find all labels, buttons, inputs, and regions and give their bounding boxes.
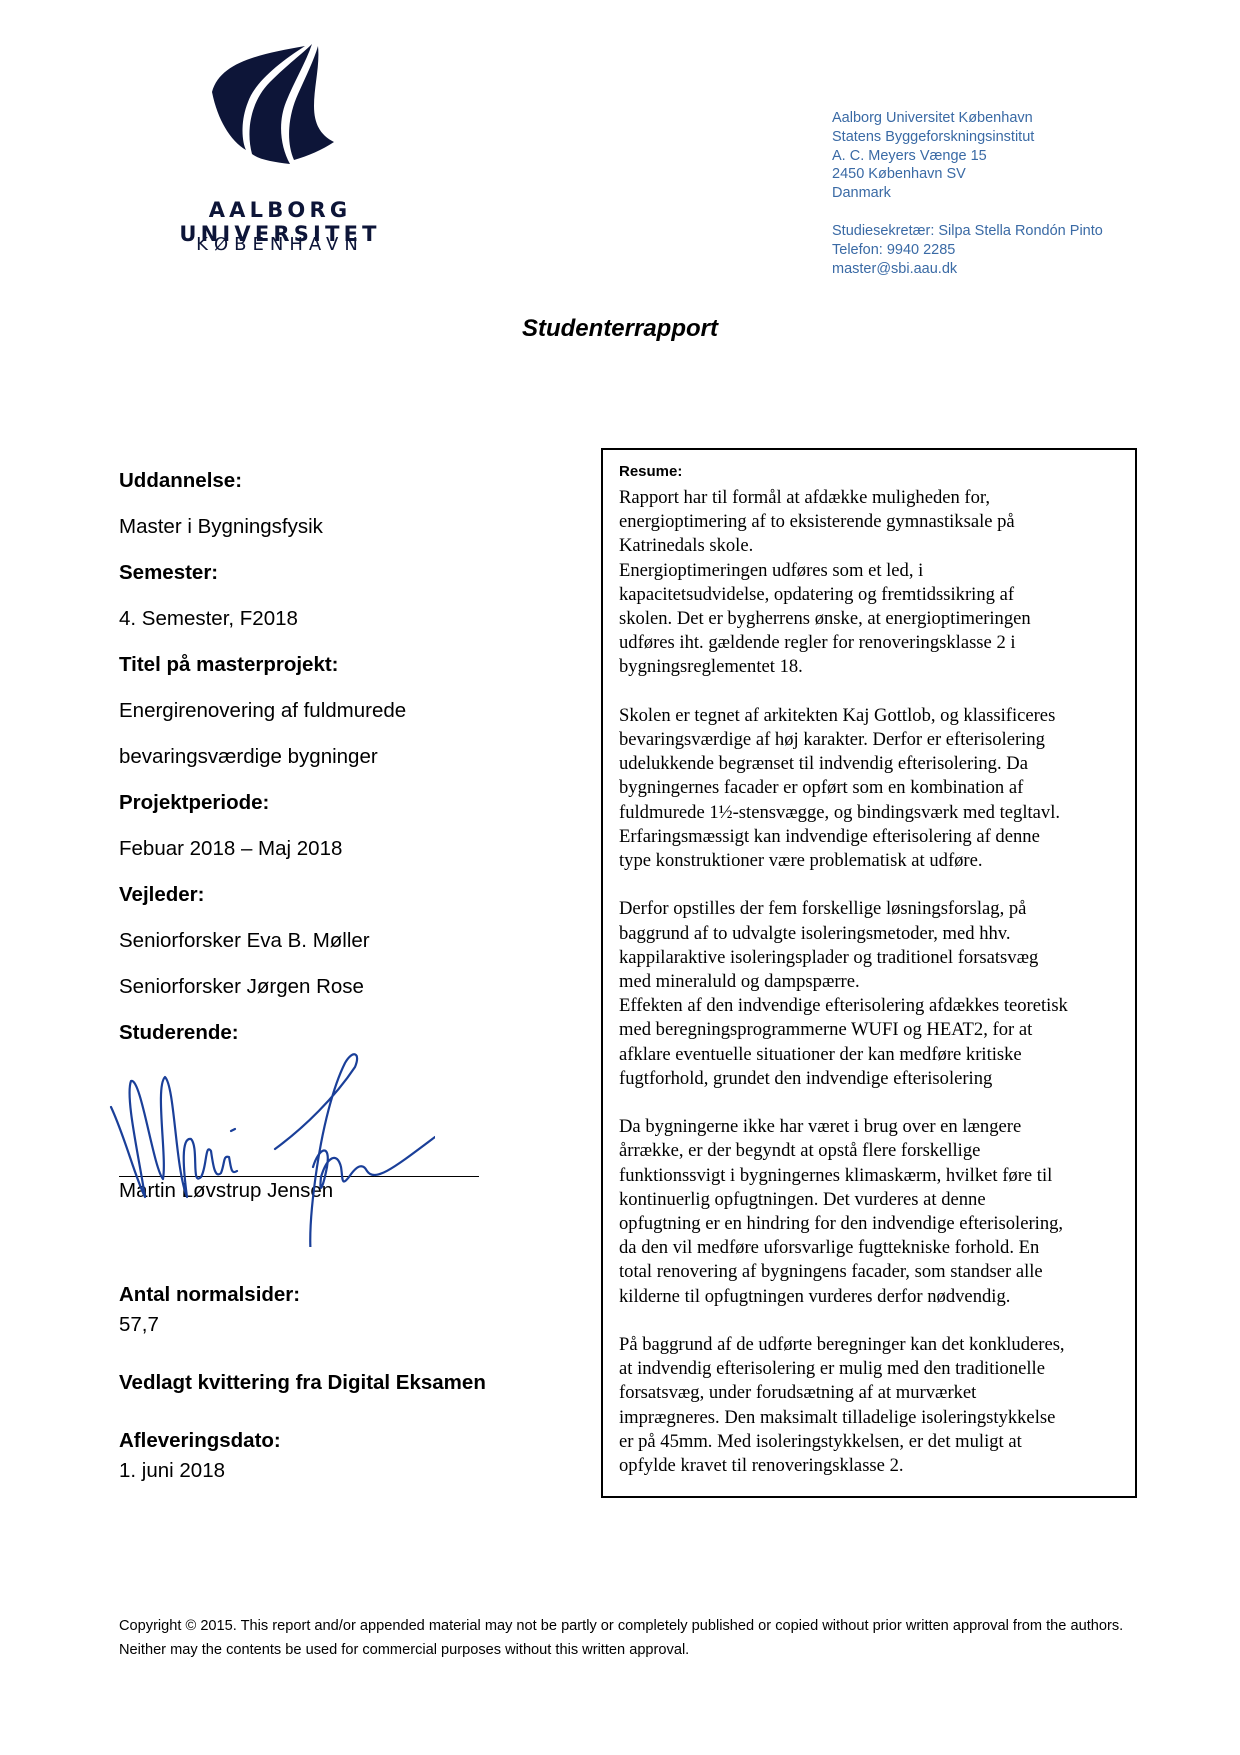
- signature-area: Martin Løvstrup Jensen: [119, 1065, 539, 1255]
- supervisor-name: Seniorforsker Jørgen Rose: [119, 973, 539, 1019]
- logo-subtitle: KØBENHAVN: [110, 234, 450, 255]
- project-title-line: Energirenovering af fuldmurede: [119, 697, 539, 743]
- education-value: Master i Bygningsfysik: [119, 513, 539, 559]
- resume-label: Resume:: [619, 463, 682, 480]
- resume-paragraph: Derfor opstilles der fem forskellige løs…: [619, 897, 1131, 1091]
- contact-secretary: Studiesekretær: Silpa Stella Rondón Pint…: [832, 222, 1103, 241]
- university-logo: AALBORG UNIVERSITET KØBENHAVN: [110, 42, 450, 262]
- address-line: Danmark: [832, 184, 1103, 203]
- contact-email: master@sbi.aau.dk: [832, 260, 1103, 279]
- delivery-date-value: 1. juni 2018: [119, 1456, 486, 1486]
- project-title-label: Titel på masterprojekt:: [119, 651, 539, 697]
- supervisor-name: Seniorforsker Eva B. Møller: [119, 927, 539, 973]
- address-line: 2450 København SV: [832, 165, 1103, 184]
- semester-value: 4. Semester, F2018: [119, 605, 539, 651]
- project-title-line: bevaringsværdige bygninger: [119, 743, 539, 789]
- supervisor-label: Vejleder:: [119, 881, 539, 927]
- period-value: Febuar 2018 – Maj 2018: [119, 835, 539, 881]
- address-line: A. C. Meyers Vænge 15: [832, 147, 1103, 166]
- aau-wave-logo-icon: [210, 42, 350, 166]
- resume-paragraph: På baggrund af de udførte beregninger ka…: [619, 1333, 1131, 1478]
- address-block: Aalborg Universitet København Statens By…: [832, 109, 1103, 278]
- address-line: Statens Byggeforskningsinstitut: [832, 128, 1103, 147]
- document-title: Studenterrapport: [0, 315, 1240, 343]
- resume-paragraph: Da bygningerne ikke har været i brug ove…: [619, 1115, 1131, 1309]
- resume-box: Resume: Rapport har til formål at afdækk…: [601, 448, 1137, 1498]
- receipt-note: Vedlagt kvittering fra Digital Eksamen: [119, 1368, 486, 1398]
- pages-label: Antal normalsider:: [119, 1280, 486, 1310]
- resume-body: Rapport har til formål at afdække muligh…: [619, 486, 1131, 1502]
- semester-label: Semester:: [119, 559, 539, 605]
- period-label: Projektperiode:: [119, 789, 539, 835]
- resume-paragraph: Skolen er tegnet af arkitekten Kaj Gottl…: [619, 704, 1131, 873]
- education-label: Uddannelse:: [119, 467, 539, 513]
- contact-phone: Telefon: 9940 2285: [832, 241, 1103, 260]
- handwritten-signature-icon: [105, 1047, 435, 1247]
- delivery-date-label: Afleveringsdato:: [119, 1426, 486, 1456]
- copyright-footer: Copyright © 2015. This report and/or app…: [119, 1614, 1129, 1662]
- report-metadata: Uddannelse: Master i Bygningsfysik Semes…: [119, 467, 539, 1255]
- pages-value: 57,7: [119, 1310, 486, 1340]
- report-metadata-lower: Antal normalsider: 57,7 Vedlagt kvitteri…: [119, 1280, 486, 1486]
- address-line: Aalborg Universitet København: [832, 109, 1103, 128]
- resume-paragraph: Rapport har til formål at afdække muligh…: [619, 486, 1131, 680]
